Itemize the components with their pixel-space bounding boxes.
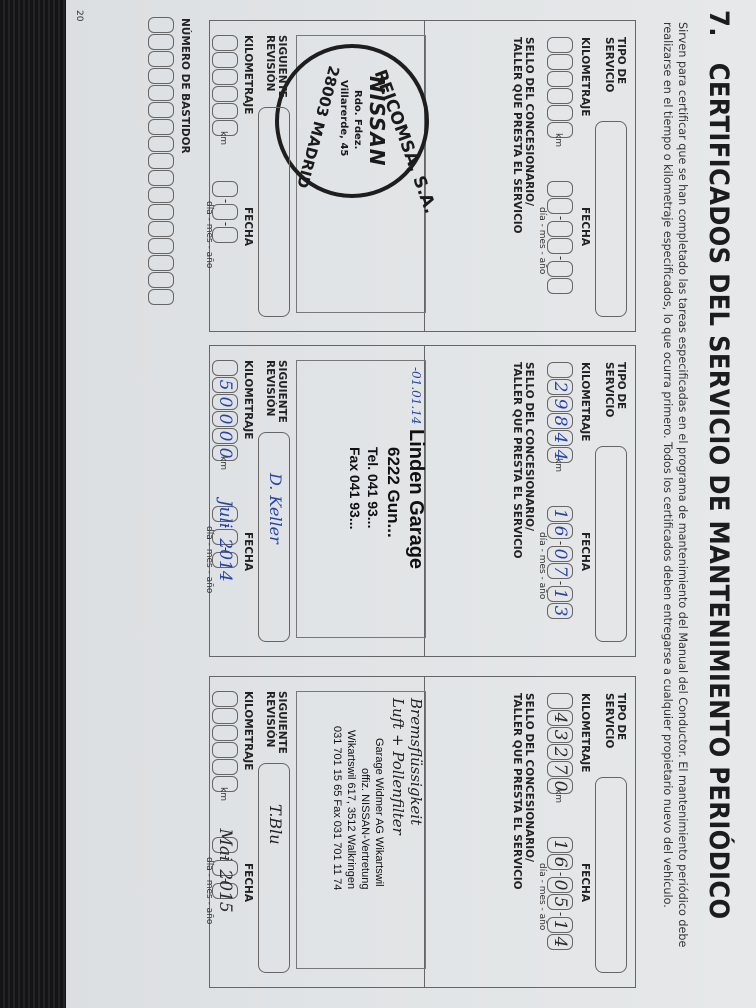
digit-box[interactable] (547, 54, 573, 70)
vin-digit-box[interactable] (148, 204, 174, 220)
digit-box[interactable]: 2 (547, 744, 573, 760)
date-format-hint: día - mes - año (537, 863, 547, 930)
date-digit-box[interactable] (212, 227, 238, 243)
digit-box[interactable] (547, 88, 573, 104)
vin-digit-box[interactable] (148, 221, 174, 237)
next-revision-signature: T.Blu (266, 804, 285, 845)
next-date-field[interactable]: Mai--2015 (212, 837, 238, 900)
digit-box[interactable]: 0 (212, 394, 238, 410)
date-digit-box[interactable]: 1 (547, 917, 573, 933)
vin-digit-box[interactable] (148, 289, 174, 305)
vin-digit-box[interactable] (148, 51, 174, 67)
certificate-2: TIPO DESERVICIOKILOMETRAJE29844kmFECHA16… (424, 345, 636, 657)
background-fabric (0, 0, 70, 1008)
date-digit-box[interactable]: 6 (547, 523, 573, 539)
next-date-field[interactable]: Juli--2014 (212, 506, 238, 569)
next-revision-field[interactable]: T.Blu (258, 763, 290, 973)
garage-tel: Tel. 041 93... (365, 447, 381, 528)
next-revision-label: SIGUIENTEREVISIÓN (264, 35, 288, 98)
vin-digit-box[interactable] (148, 153, 174, 169)
mileage-label: KILOMETRAJE (579, 37, 591, 116)
date-digit-box[interactable]: 6 (547, 854, 573, 870)
date-digit-box[interactable] (547, 238, 573, 254)
digit-box[interactable] (212, 708, 238, 724)
next-mileage-label: KILOMETRAJE (242, 360, 254, 439)
digit-box[interactable] (547, 105, 573, 121)
certificate-2-lower: -01.01.14Linden Garage6222 Gun...Tel. 04… (209, 345, 426, 657)
garage-line3: Wikartswil 617, 3512 Walkringen (345, 730, 357, 889)
digit-box[interactable]: 5 (212, 377, 238, 393)
stamp-label: SELLO DEL CONCESIONARIO/TALLER QUE PREST… (511, 362, 535, 559)
date-digit-box[interactable] (547, 261, 573, 277)
digit-box[interactable] (212, 69, 238, 85)
date-digit-box[interactable]: 3 (547, 603, 573, 619)
next-revision-signature: D. Keller (266, 473, 285, 544)
digit-box[interactable]: 4 (547, 710, 573, 726)
date-digit-box[interactable] (547, 278, 573, 294)
digit-box[interactable] (212, 86, 238, 102)
next-date-label: FECHA (242, 532, 254, 571)
date-digit-box[interactable] (212, 181, 238, 197)
vin-field[interactable] (148, 17, 174, 306)
date-digit-box[interactable]: 2014 (212, 552, 238, 568)
stamp-area: REICOMSA, S.A.NISSANRdo. Fdez.Villarerde… (296, 35, 426, 313)
next-date-label: FECHA (242, 863, 254, 902)
date-digit-box[interactable]: Mai (212, 837, 238, 853)
certificate-1: TIPO DESERVICIOKILOMETRAJEkmFECHA--día -… (424, 20, 636, 332)
date-field[interactable]: -- (547, 181, 573, 295)
page-number: 20 (74, 10, 84, 21)
next-mileage-label: KILOMETRAJE (242, 35, 254, 114)
section-title-text: CERTIFICADOS DEL SERVICIO DE MANTENIMIEN… (703, 63, 734, 920)
vin-digit-box[interactable] (148, 34, 174, 50)
digit-box[interactable]: 2 (547, 379, 573, 395)
stamp-brand: NISSAN (365, 76, 389, 167)
date-digit-box[interactable]: 1 (547, 837, 573, 853)
next-mileage-label: KILOMETRAJE (242, 691, 254, 770)
certificate-1-lower: REICOMSA, S.A.NISSANRdo. Fdez.Villarerde… (209, 20, 426, 332)
vin-label: NÚMERO DE BASTIDOR (179, 18, 191, 154)
document-page: 7.CERTIFICADOS DEL SERVICIO DE MANTENIMI… (66, 0, 756, 1008)
digit-box[interactable] (547, 362, 573, 378)
km-unit: km (553, 458, 563, 472)
date-digit-box[interactable] (547, 198, 573, 214)
next-mileage-field[interactable] (212, 691, 238, 793)
digit-box[interactable] (212, 35, 238, 51)
digit-box[interactable]: 8 (547, 413, 573, 429)
next-revision-field[interactable]: D. Keller (258, 432, 290, 642)
garage-address: 6222 Gun... (383, 447, 403, 538)
date-field[interactable]: 16-05-14 (547, 837, 573, 951)
garage-line1: Garage Widmer AG Wikartswil (373, 738, 385, 887)
mileage-field[interactable]: 43270 (547, 693, 573, 795)
vin-digit-box[interactable] (148, 85, 174, 101)
stamp-line2: Villarerde, 45 (338, 80, 349, 156)
date-digit-box[interactable] (547, 221, 573, 237)
digit-box[interactable] (212, 759, 238, 775)
section-title: 7.CERTIFICADOS DEL SERVICIO DE MANTENIMI… (703, 10, 734, 919)
digit-box[interactable] (212, 52, 238, 68)
certificate-3-lower: BremsflüssigkeitLuft + PollenfilterGarag… (209, 676, 426, 988)
handwritten-note-1: Bremsflüssigkeit (407, 698, 425, 825)
vin-digit-box[interactable] (148, 136, 174, 152)
stamp-label: SELLO DEL CONCESIONARIO/TALLER QUE PREST… (511, 37, 535, 234)
digit-box[interactable] (212, 360, 238, 376)
date-digit-box[interactable]: Juli (212, 506, 238, 522)
digit-box[interactable]: 7 (547, 761, 573, 777)
next-date-field[interactable]: -- (212, 181, 238, 244)
vin-digit-box[interactable] (148, 119, 174, 135)
km-unit: km (218, 456, 228, 470)
date-digit-box[interactable]: 0 (547, 877, 573, 893)
date-digit-box[interactable]: 5 (547, 894, 573, 910)
vin-digit-box[interactable] (148, 238, 174, 254)
vin-digit-box[interactable] (148, 255, 174, 271)
date-digit-box[interactable]: 0 (547, 546, 573, 562)
vin-digit-box[interactable] (148, 170, 174, 186)
date-digit-box[interactable]: 1 (547, 586, 573, 602)
date-label: FECHA (579, 863, 591, 902)
vin-digit-box[interactable] (148, 68, 174, 84)
km-unit: km (218, 131, 228, 145)
mileage-field[interactable]: 29844 (547, 362, 573, 464)
stamp-area: BremsflüssigkeitLuft + PollenfilterGarag… (296, 691, 426, 969)
date-label: FECHA (579, 207, 591, 246)
digit-box[interactable] (547, 693, 573, 709)
stamp-label: SELLO DEL CONCESIONARIO/TALLER QUE PREST… (511, 693, 535, 890)
km-unit: km (553, 789, 563, 803)
date-format-hint: día - mes - año (204, 526, 214, 593)
date-format-hint: día - mes - año (537, 207, 547, 274)
date-format-hint: día - mes - año (204, 201, 214, 268)
date-digit-box[interactable]: 4 (547, 934, 573, 950)
km-unit: km (218, 787, 228, 801)
date-digit-box[interactable] (547, 181, 573, 197)
date-field[interactable]: 16-07-13 (547, 506, 573, 620)
date-digit-box[interactable]: 2015 (212, 883, 238, 899)
digit-box[interactable] (212, 103, 238, 119)
intro-paragraph: Sirven para certificar que se han comple… (660, 22, 689, 1002)
vin-digit-box[interactable] (148, 17, 174, 33)
next-revision-label: SIGUIENTEREVISIÓN (264, 360, 288, 423)
next-revision-label: SIGUIENTEREVISIÓN (264, 691, 288, 754)
handwritten-note-2: Luft + Pollenfilter (389, 698, 407, 835)
mileage-label: KILOMETRAJE (579, 362, 591, 441)
digit-box[interactable] (547, 37, 573, 53)
date-digit-box[interactable]: 1 (547, 506, 573, 522)
garage-line4: 031 701 15 65 Fax 031 701 11 74 (331, 726, 343, 890)
digit-box[interactable]: 9 (547, 396, 573, 412)
garage-line2: offiz. NISSAN-Vertretung (359, 768, 371, 889)
digit-box[interactable]: 4 (547, 430, 573, 446)
service-type-field[interactable] (595, 121, 627, 317)
vin-digit-box[interactable] (148, 102, 174, 118)
date-label: FECHA (579, 532, 591, 571)
digit-box[interactable] (212, 691, 238, 707)
certificate-3: TIPO DESERVICIOKILOMETRAJE43270kmFECHA16… (424, 676, 636, 988)
next-revision-field[interactable] (258, 107, 290, 317)
date-format-hint: día - mes - año (204, 857, 214, 924)
next-mileage-field[interactable]: 50000 (212, 360, 238, 462)
digit-box[interactable] (212, 742, 238, 758)
service-type-label: TIPO DESERVICIO (603, 693, 627, 748)
date-digit-box[interactable]: 7 (547, 563, 573, 579)
digit-box[interactable]: 0 (212, 428, 238, 444)
stamp-line1: Rdo. Fdez. (352, 90, 363, 149)
next-mileage-field[interactable] (212, 35, 238, 137)
service-type-field[interactable] (595, 777, 627, 973)
next-date-label: FECHA (242, 207, 254, 246)
section-number: 7. (703, 10, 734, 37)
date-digit-box[interactable] (212, 204, 238, 220)
mileage-label: KILOMETRAJE (579, 693, 591, 772)
vin-digit-box[interactable] (148, 272, 174, 288)
service-type-label: TIPO DESERVICIO (603, 362, 627, 417)
digit-box[interactable]: 3 (547, 727, 573, 743)
vin-digit-box[interactable] (148, 187, 174, 203)
date-format-hint: día - mes - año (537, 532, 547, 599)
mileage-field[interactable] (547, 37, 573, 139)
digit-box[interactable]: 0 (212, 411, 238, 427)
garage-fax: Fax 041 93... (347, 447, 363, 530)
km-unit: km (553, 133, 563, 147)
service-type-field[interactable] (595, 446, 627, 642)
handwritten-note: -01.01.14 (409, 367, 423, 425)
stamp-area: -01.01.14Linden Garage6222 Gun...Tel. 04… (296, 360, 426, 638)
digit-box[interactable] (212, 725, 238, 741)
digit-box[interactable] (547, 71, 573, 87)
service-type-label: TIPO DESERVICIO (603, 37, 627, 92)
garage-name: Linden Garage (404, 429, 427, 569)
